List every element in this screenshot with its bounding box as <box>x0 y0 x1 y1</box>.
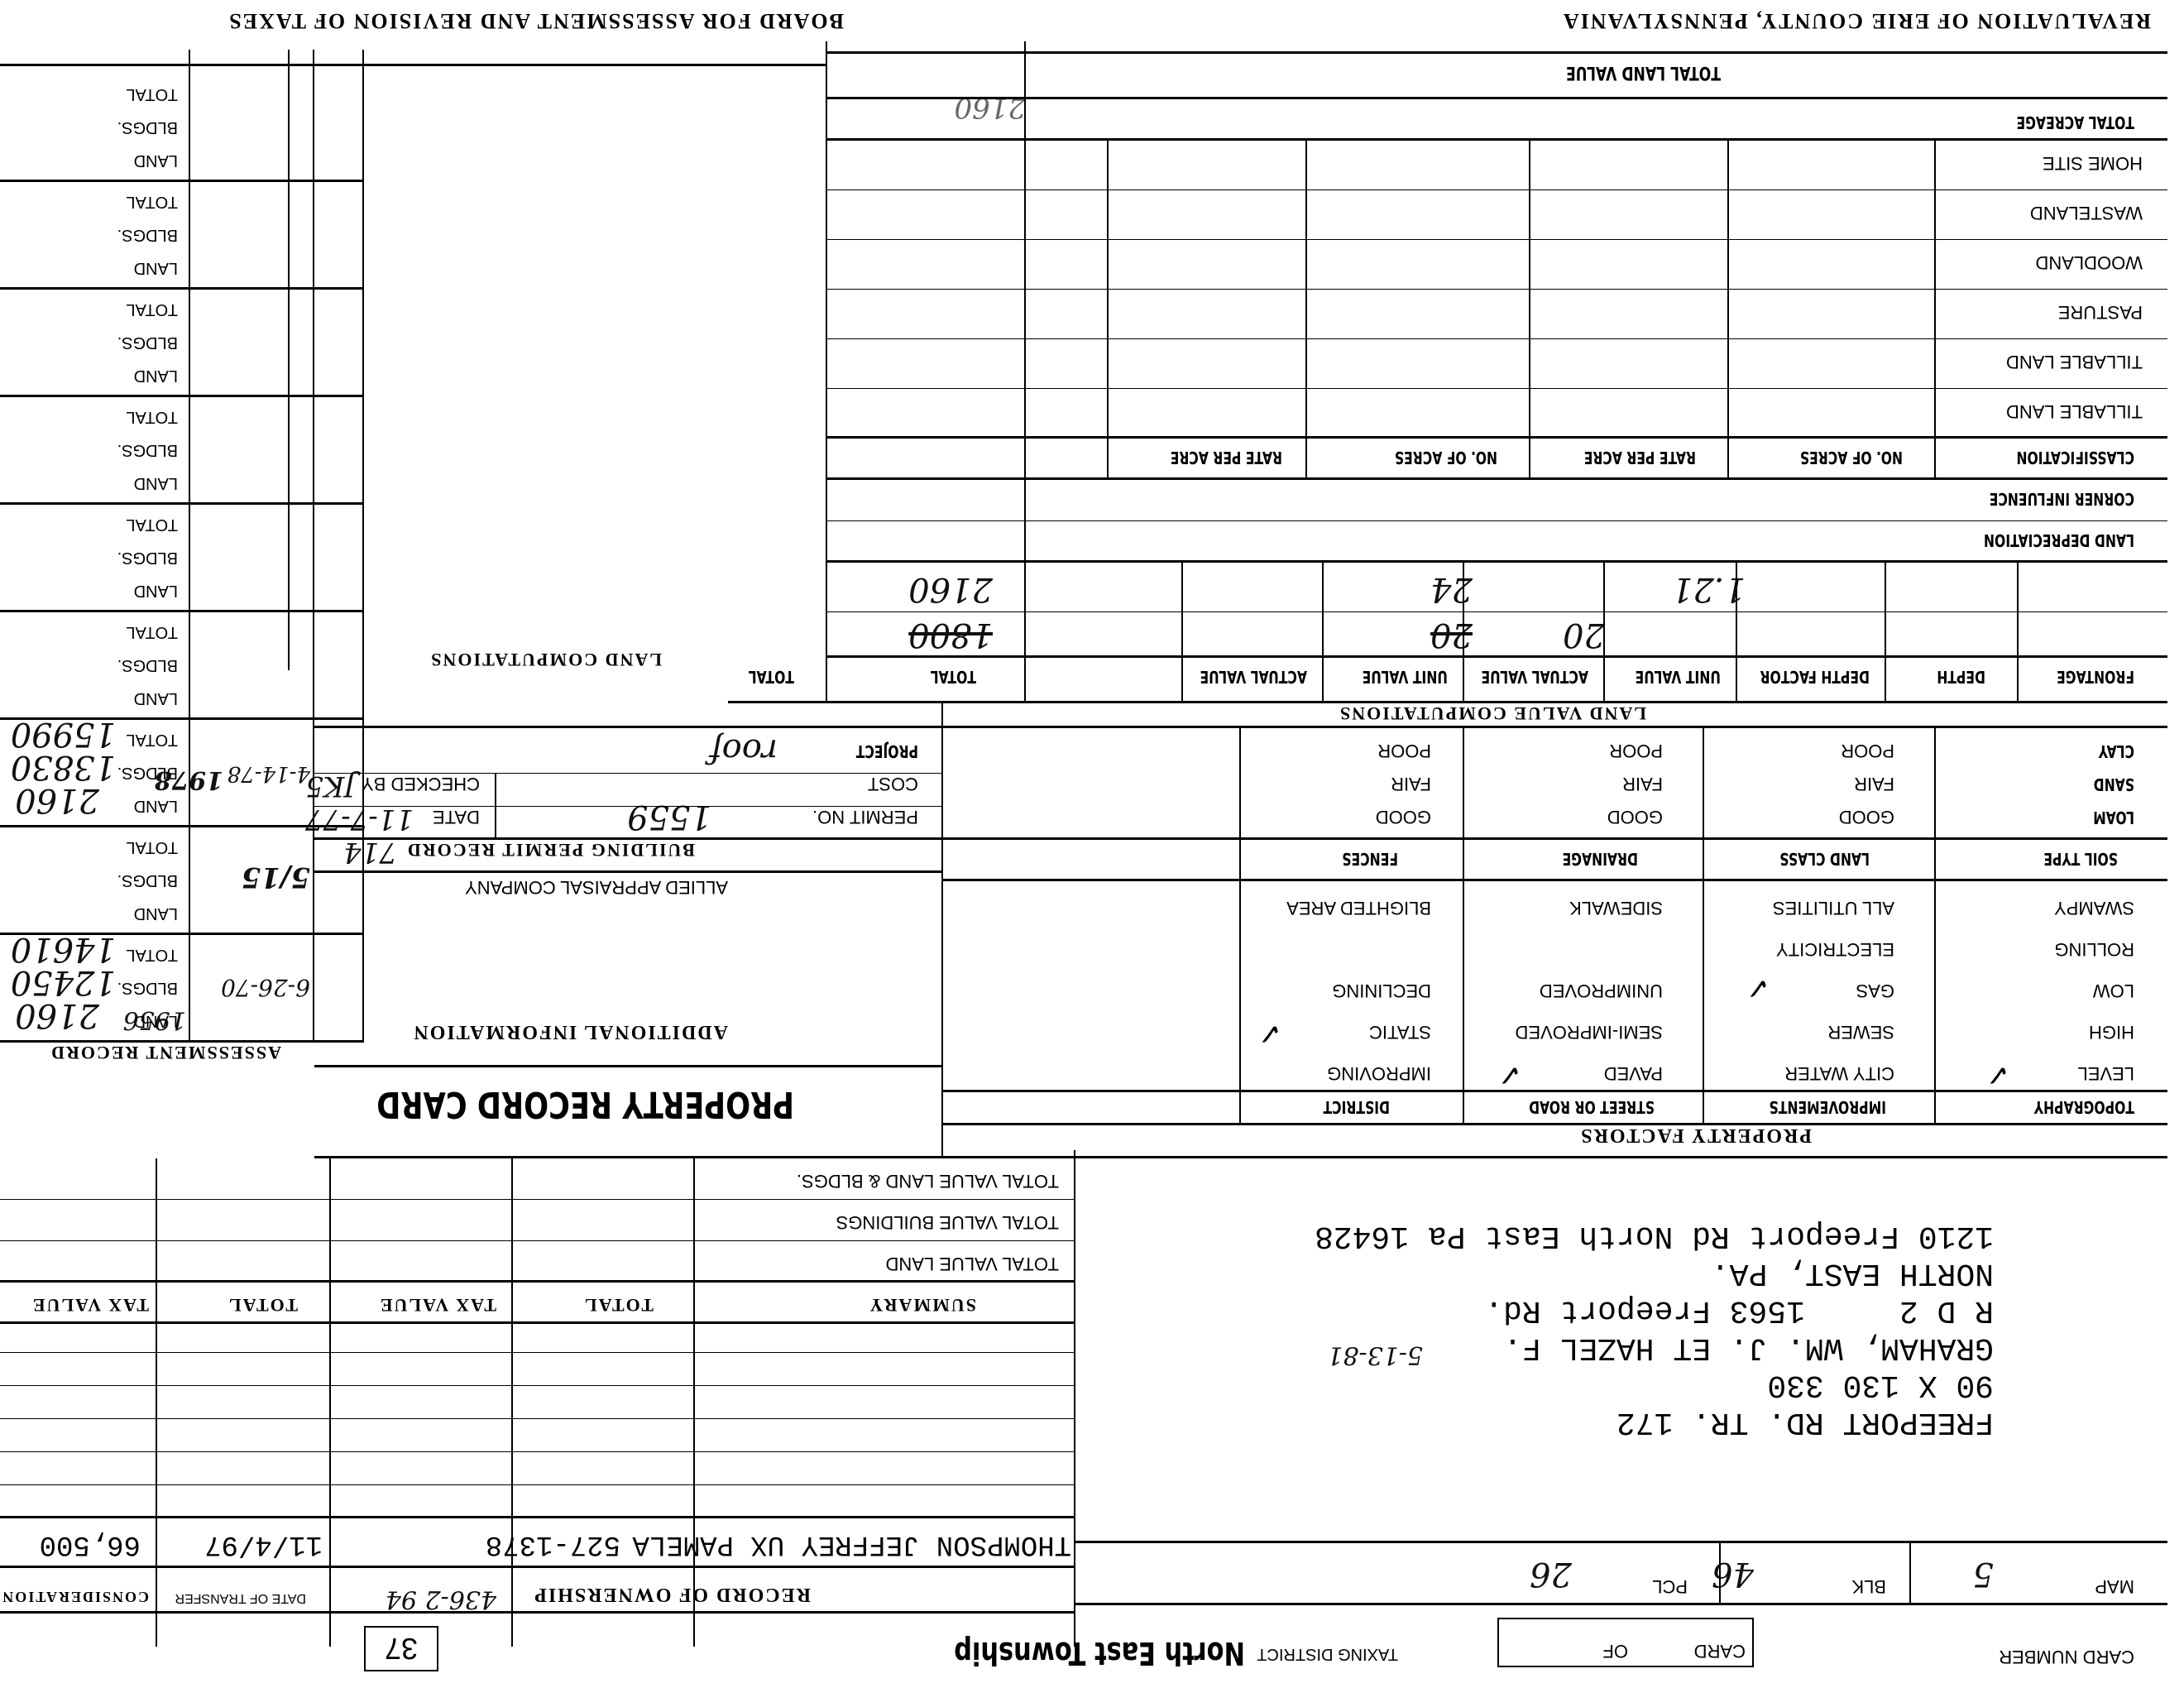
permit-date-value: 11-7-77 <box>305 803 414 836</box>
card-number-label: CARD NUMBER <box>2035 1646 2134 1667</box>
topography-header: TOPOGRAPHY <box>2034 1097 2134 1117</box>
of-label: OF <box>1602 1640 1628 1662</box>
total-land-value-label: TOTAL LAND VALUE <box>1566 62 1721 83</box>
summary-total-1: TOTAL <box>583 1294 654 1316</box>
assessment-bldgs-label: BLDGS. <box>117 870 178 890</box>
fences-poor: POOR <box>1377 740 1431 761</box>
assessment-bldgs: 13830 <box>11 748 116 786</box>
check-level-icon: ✓ <box>1985 1057 2010 1092</box>
property-factors-title: PROPERTY FACTORS <box>1579 1124 1812 1146</box>
total-land-value: 2160 <box>954 91 1026 124</box>
assessment-note: 6-26-70 <box>221 974 310 1001</box>
district-header: DISTRICT <box>1323 1097 1390 1117</box>
assessment-bldgs-label: BLDGS. <box>117 333 178 352</box>
assessment-note: 5/15 <box>242 861 310 894</box>
property-record-card: REVALUATION OF ERIE COUNTY, PENNSYLVANIA… <box>0 0 2184 1688</box>
project-label: PROJECT <box>856 741 918 761</box>
assessment-total-label: TOTAL <box>126 515 178 534</box>
permit-no-label: PERMIT NO. <box>812 806 918 827</box>
address-line-5: NORTH EAST, PA. <box>1711 1255 1994 1291</box>
assessment-land: 2160 <box>15 781 99 819</box>
imp-electricity: ELECTRICITY <box>1776 938 1894 960</box>
ownership-ref: 436-2 94 <box>386 1585 496 1614</box>
check-paved-icon: ✓ <box>1497 1057 1522 1092</box>
assessment-land-label: LAND <box>134 581 178 600</box>
land-depreciation-label: LAND DEPRECIATION <box>1984 530 2134 550</box>
fences-header: FENCES <box>1342 849 1398 869</box>
drainage-poor: POOR <box>1609 740 1663 761</box>
permit-note: 714 <box>343 836 397 869</box>
street-unimproved: UNIMPROVED <box>1540 980 1663 1001</box>
imp-city-water: CITY WATER <box>1784 1062 1894 1084</box>
transfer-date-header: DATE OF TRANSFER <box>175 1590 306 1605</box>
col-total-1: TOTAL <box>931 667 976 687</box>
summary-tax-value-2: TAX VALUE <box>31 1294 149 1316</box>
taxing-district-label: TAXING DISTRICT <box>1299 1644 1398 1663</box>
total-acreage-label: TOTAL ACREAGE <box>2016 113 2134 132</box>
topo-low: LOW <box>2093 980 2134 1001</box>
imp-all-utilities: ALL UTILITIES <box>1773 897 1894 918</box>
assessment-total-label: TOTAL <box>126 192 178 211</box>
soil-loam: LOAM <box>2093 808 2134 827</box>
assessment-bldgs-label: BLDGS. <box>117 978 178 997</box>
col-depth-factor: DEPTH FACTOR <box>1760 667 1870 687</box>
address-line-3: GRAHAM, WM. J. ET HAZEL F. <box>1503 1330 1994 1365</box>
assessment-land-label: LAND <box>134 688 178 707</box>
blk-label: BLK <box>1851 1575 1886 1597</box>
consideration-header: CONSIDERATION <box>1 1588 149 1605</box>
assessment-land-label: LAND <box>134 151 178 170</box>
drainage-header: DRAINAGE <box>1563 849 1638 869</box>
rate-header-1: RATE PER ACRE <box>1584 448 1696 468</box>
pcl-label: PCL <box>1652 1575 1688 1597</box>
landclass-fair: FAIR <box>1854 773 1894 794</box>
assessment-land-label: LAND <box>134 904 178 923</box>
transfer-date: 11/4/97 <box>204 1528 323 1560</box>
imp-sewer: SEWER <box>1827 1021 1894 1043</box>
col-unit-value-2: UNIT VALUE <box>1363 667 1448 687</box>
classification-pasture: PASTURE <box>2058 301 2143 323</box>
check-static-icon: ✓ <box>1257 1016 1282 1051</box>
permit-no-value: 1559 <box>627 798 711 836</box>
land-total-new: 2160 <box>908 570 993 608</box>
card-label: CARD <box>1694 1640 1746 1662</box>
topo-level: LEVEL <box>2078 1062 2135 1084</box>
rate-header-2: RATE PER ACRE <box>1171 448 1282 468</box>
classification-header: CLASSIFICATION <box>2016 448 2134 468</box>
assessment-land-label: LAND <box>134 366 178 385</box>
additional-info-title: ADDITIONAL INFORMATION <box>412 1020 728 1043</box>
assessment-land-label: LAND <box>134 796 178 815</box>
cost-label: COST <box>868 773 918 794</box>
actual-value-new: 24 <box>1430 570 1473 608</box>
assessment-land-label: LAND <box>134 473 178 492</box>
actual-value-struck: 20 <box>1430 616 1473 654</box>
landclass-good: GOOD <box>1839 806 1894 827</box>
assessment-note: 4-14-78 <box>227 761 310 786</box>
blk-value: 46 <box>1712 1555 1754 1593</box>
district-improving: IMPROVING <box>1327 1062 1431 1084</box>
col-frontage: FRONTAGE <box>2057 667 2134 687</box>
corner-influence-label: CORNER INFLUENCE <box>1990 489 2134 509</box>
assessment-total: 14610 <box>11 930 116 968</box>
classification-woodland: WOODLAND <box>2035 252 2143 273</box>
owner-deed: 527-1378 <box>486 1528 620 1560</box>
consideration: 66,500 <box>40 1528 141 1560</box>
land-computations-title: LAND COMPUTATIONS <box>429 649 662 670</box>
header-title: REVALUATION OF ERIE COUNTY, PENNSYLVANIA <box>1562 8 2151 33</box>
address-line-6: 1210 Freeport Rd North East Pa 16428 <box>1315 1218 1994 1254</box>
acres-header-1: NO. OF ACRES <box>1800 448 1903 468</box>
classification-tillable-1: TILLABLE LAND <box>2006 351 2143 372</box>
assessment-land: 2160 <box>15 996 99 1034</box>
allied-appraisal: ALLIED APPRAISAL COMPANY <box>465 876 728 898</box>
taxing-district-name: North East Township <box>954 1635 1245 1671</box>
land-class-header: LAND CLASS <box>1779 849 1870 869</box>
street-sidewalk: SIDEWALK <box>1569 897 1663 918</box>
soil-sand: SAND <box>2094 774 2134 794</box>
depth-factor-value: 1.21 <box>1672 570 1746 608</box>
street-paved: PAVED <box>1604 1062 1663 1084</box>
unit-value: 20 <box>1563 616 1605 654</box>
checked-by-label: CHECKED BY <box>362 773 480 794</box>
acres-header-2: NO. OF ACRES <box>1395 448 1497 468</box>
classification-home-site: HOME SITE <box>2043 152 2143 174</box>
pcl-value: 26 <box>1530 1555 1572 1593</box>
summary-total-land-bldgs: TOTAL VALUE LAND & BLDGS. <box>797 1170 1059 1192</box>
summary-total-2: TOTAL <box>227 1294 298 1316</box>
property-record-card-title: PROPERTY RECORD CARD <box>376 1083 794 1125</box>
address-line-2: 90 X 130 330 <box>1767 1367 1994 1403</box>
fences-good: GOOD <box>1376 806 1431 827</box>
check-gas-icon: ✓ <box>1746 971 1770 1005</box>
classification-tillable-2: TILLABLE LAND <box>2006 400 2143 422</box>
classification-wasteland: WASTELAND <box>2030 202 2143 223</box>
map-label: MAP <box>2095 1575 2134 1597</box>
district-static: STATIC <box>1369 1021 1431 1043</box>
assessment-total-label: TOTAL <box>126 84 178 103</box>
street-header: STREET OR ROAD <box>1529 1097 1655 1117</box>
assessment-bldgs: 12450 <box>11 963 116 1001</box>
assessment-land-label: LAND <box>134 1011 178 1030</box>
assessment-bldgs-label: BLDGS. <box>117 763 178 782</box>
assessment-total-label: TOTAL <box>126 837 178 856</box>
assessment-bldgs-label: BLDGS. <box>117 117 178 137</box>
address-line-1: FREEPORT RD. TR. 172 <box>1616 1404 1994 1440</box>
col-unit-value-1: UNIT VALUE <box>1636 667 1721 687</box>
summary-tax-value-1: TAX VALUE <box>379 1294 496 1316</box>
summary-total-land: TOTAL VALUE LAND <box>886 1253 1059 1274</box>
topo-high: HIGH <box>2089 1021 2134 1043</box>
drainage-fair: FAIR <box>1622 773 1663 794</box>
owner-name: THOMPSON JEFFREY UX PAMELA <box>633 1528 1072 1560</box>
assessment-total: 15990 <box>11 715 116 753</box>
topo-swampy: SWAMPY <box>2054 897 2134 918</box>
assessment-total-label: TOTAL <box>126 622 178 641</box>
assessment-bldgs-label: BLDGS. <box>117 548 178 567</box>
card-of-box[interactable]: CARD OF <box>1497 1618 1754 1667</box>
district-blighted: BLIGHTED AREA <box>1286 897 1431 918</box>
summary-total-buildings: TOTAL VALUE BUILDINGS <box>836 1211 1059 1233</box>
col-total-2: TOTAL <box>749 667 794 687</box>
handwritten-date: 5-13-81 <box>1327 1340 1423 1369</box>
assessment-bldgs-label: BLDGS. <box>117 225 178 244</box>
assessment-bldgs-label: BLDGS. <box>117 655 178 674</box>
address-line-4: R D 2 1563 Freeport Rd. <box>1484 1292 1994 1328</box>
box-number: 37 <box>364 1626 438 1671</box>
land-value-computations-title: LAND VALUE COMPUTATIONS <box>1339 703 1646 724</box>
date-label: DATE <box>433 806 480 827</box>
fences-fair: FAIR <box>1391 773 1431 794</box>
col-depth: DEPTH <box>1937 667 1985 687</box>
col-actual-value-2: ACTUAL VALUE <box>1200 667 1307 687</box>
map-value: 5 <box>1973 1555 1994 1593</box>
drainage-good: GOOD <box>1607 806 1663 827</box>
improvements-header: IMPROVEMENTS <box>1770 1097 1886 1117</box>
ownership-title: RECORD OF OWNERSHIP <box>533 1583 811 1605</box>
assessment-total-label: TOTAL <box>126 730 178 749</box>
district-declining: DECLINING <box>1332 980 1431 1001</box>
assessment-title: ASSESSMENT RECORD <box>50 1042 281 1063</box>
soil-clay: CLAY <box>2099 741 2134 761</box>
assessment-total-label: TOTAL <box>126 407 178 426</box>
project-value: roof <box>710 731 778 770</box>
assessment-total-label: TOTAL <box>126 300 178 319</box>
summary-header: SUMMARY <box>868 1294 976 1316</box>
topo-rolling: ROLLING <box>2054 938 2134 960</box>
assessment-total-label: TOTAL <box>126 945 178 964</box>
soil-type-header: SOIL TYPE <box>2043 849 2118 869</box>
building-permit-title: BUILDING PERMIT RECORD <box>406 839 695 861</box>
board-title: BOARD FOR ASSESSMENT AND REVISION OF TAX… <box>227 8 844 33</box>
imp-gas: GAS <box>1856 980 1894 1001</box>
landclass-poor: POOR <box>1841 740 1894 761</box>
land-total-struck: 1800 <box>908 616 993 654</box>
assessment-land-label: LAND <box>134 258 178 277</box>
street-semi-improved: SEMI-IMPROVED <box>1516 1021 1663 1043</box>
assessment-bldgs-label: BLDGS. <box>117 440 178 459</box>
col-actual-value-1: ACTUAL VALUE <box>1481 667 1588 687</box>
